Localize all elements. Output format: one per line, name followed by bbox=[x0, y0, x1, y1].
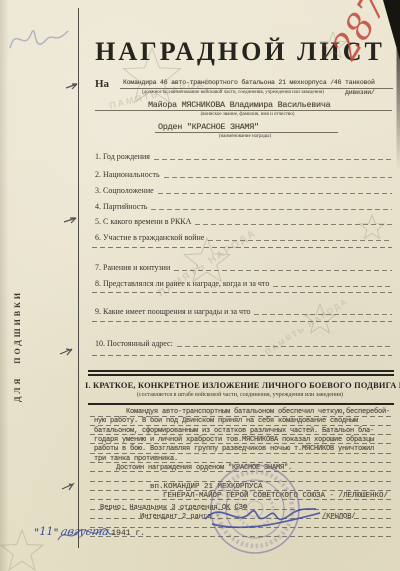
verno-line: Верно: Начальник 3 отделения ОК СЗФ bbox=[100, 504, 247, 512]
citation-line: Достоин награждения орденом "КРАСНОЕ ЗНА… bbox=[94, 464, 400, 472]
blank-dashed-line bbox=[92, 247, 392, 248]
award-caption: (наименование награды) bbox=[200, 134, 290, 139]
certifier-rank-line: Интендант 2 ранга - bbox=[140, 513, 220, 521]
blank-dashed-line bbox=[174, 270, 392, 271]
section-divider bbox=[88, 374, 394, 376]
field-label: 7. Ранения и контузии bbox=[95, 263, 174, 272]
blank-dashed-line bbox=[151, 209, 392, 210]
section1-subheading: (составляется в штабе войсковой части, с… bbox=[85, 392, 395, 398]
blank-dashed-line bbox=[177, 346, 392, 347]
underline bbox=[95, 110, 392, 111]
blank-dashed-line bbox=[92, 321, 392, 322]
date-day-handwritten: 11 bbox=[39, 525, 53, 538]
name-caption: (воинское звание, фамилия, имя и отчеств… bbox=[185, 112, 310, 117]
field-label: 3. Соцположение bbox=[95, 186, 158, 195]
recipient-name-line: Майора МЯСНИКОВА Владимира Васильевича bbox=[148, 100, 330, 110]
award-name-line: Орден "КРАСНОЕ ЗНАМЯ" bbox=[158, 122, 259, 132]
corner-scribble bbox=[10, 31, 68, 48]
award-sheet-scan: ДЛЯ ПОДШИВКИ ПАМЯТЬ НАРОДА ПАМЯТЬ НАРОДА… bbox=[0, 0, 400, 571]
binding-rule bbox=[78, 8, 79, 548]
citation-line: Командуя авто-транспортным батальоном об… bbox=[94, 408, 400, 416]
handwritten-arrow-marks bbox=[60, 84, 77, 490]
field-label: 4. Партийность bbox=[95, 202, 151, 211]
blank-dashed-line bbox=[254, 314, 392, 315]
underline bbox=[155, 132, 338, 133]
date-month-handwritten: августа bbox=[60, 525, 111, 538]
form-field-row: 1. Год рождения bbox=[95, 150, 392, 161]
blank-dashed-line bbox=[92, 355, 392, 356]
citation-line: батальоном, сформированным из остатков р… bbox=[94, 427, 394, 435]
position-caption: (должность, наименование войсковой части… bbox=[126, 90, 340, 95]
form-field-row: 9. Какие имеет поощрения и награды и за … bbox=[95, 305, 392, 316]
field-label: 6. Участие в гражданской войне bbox=[95, 233, 208, 242]
form-field-row: 5. С какого времени в РККА bbox=[95, 215, 392, 226]
section-divider bbox=[88, 403, 394, 405]
citation-line: годаря умению и личной храбрости тов.МЯС… bbox=[94, 436, 394, 444]
field-label: 8. Представлялся ли ранее к награде, ког… bbox=[95, 279, 273, 288]
field-label: 5. С какого времени в РККА bbox=[95, 217, 195, 226]
date-line: "11" августа 1941 г. bbox=[34, 525, 145, 538]
recipient-position-line: Командира 46 авто-транспортного батальон… bbox=[123, 79, 375, 86]
commander-signature-line1: вп.КОМАНДИР 21 МЕХКОРПУСА bbox=[150, 483, 263, 491]
recipient-position-tail: дивизии/ bbox=[345, 89, 375, 96]
page-title: НАГРАДНОЙ ЛИСТ bbox=[85, 37, 395, 67]
section-divider bbox=[88, 370, 394, 372]
citation-line: три танка противника. bbox=[94, 455, 394, 463]
ruled-dashed-line bbox=[90, 481, 393, 482]
section1-heading: I. КРАТКОЕ, КОНКРЕТНОЕ ИЗЛОЖЕНИЕ ЛИЧНОГО… bbox=[85, 381, 395, 390]
form-field-row: 4. Партийность bbox=[95, 200, 392, 211]
margin-vertical-label: ДЛЯ ПОДШИВКИ bbox=[13, 212, 22, 402]
na-label: На bbox=[95, 78, 109, 90]
blank-dashed-line bbox=[164, 177, 392, 178]
form-field-row: 8. Представлялся ли ранее к награде, ког… bbox=[95, 277, 392, 288]
form-field-row: 6. Участие в гражданской войне bbox=[95, 231, 392, 242]
date-year: 1941 г. bbox=[111, 529, 145, 538]
citation-line: работы в бою. Возглавляя группу разведчи… bbox=[94, 445, 394, 453]
scan-edge-shadow bbox=[397, 0, 400, 170]
commander-signature-line2: ГЕНЕРАЛ-МАЙОР ГЕРОЙ СОВЕТСКОГО СОЮЗА - /… bbox=[163, 492, 388, 500]
date-quote: " bbox=[53, 528, 58, 538]
certifier-name: /КРЫЛОВ/ bbox=[322, 513, 356, 521]
blank-dashed-line bbox=[208, 240, 392, 241]
blank-dashed-line bbox=[195, 224, 392, 225]
blank-dashed-line bbox=[273, 286, 392, 287]
form-field-row: 2. Национальность bbox=[95, 168, 392, 179]
field-label: 2. Национальность bbox=[95, 170, 164, 179]
field-label: 9. Какие имеет поощрения и награды и за … bbox=[95, 307, 254, 316]
form-field-row: 10. Постоянный адрес: bbox=[95, 337, 392, 348]
form-field-row: 7. Ранения и контузии bbox=[95, 261, 392, 272]
field-label: 1. Год рождения bbox=[95, 152, 154, 161]
form-field-row: 3. Соцположение bbox=[95, 184, 392, 195]
citation-line: ную работу. В бои под Двинском принял на… bbox=[94, 417, 394, 425]
blank-dashed-line bbox=[154, 159, 392, 160]
blank-dashed-line bbox=[92, 292, 392, 293]
blank-dashed-line bbox=[158, 193, 392, 194]
field-label: 10. Постоянный адрес: bbox=[95, 339, 177, 348]
